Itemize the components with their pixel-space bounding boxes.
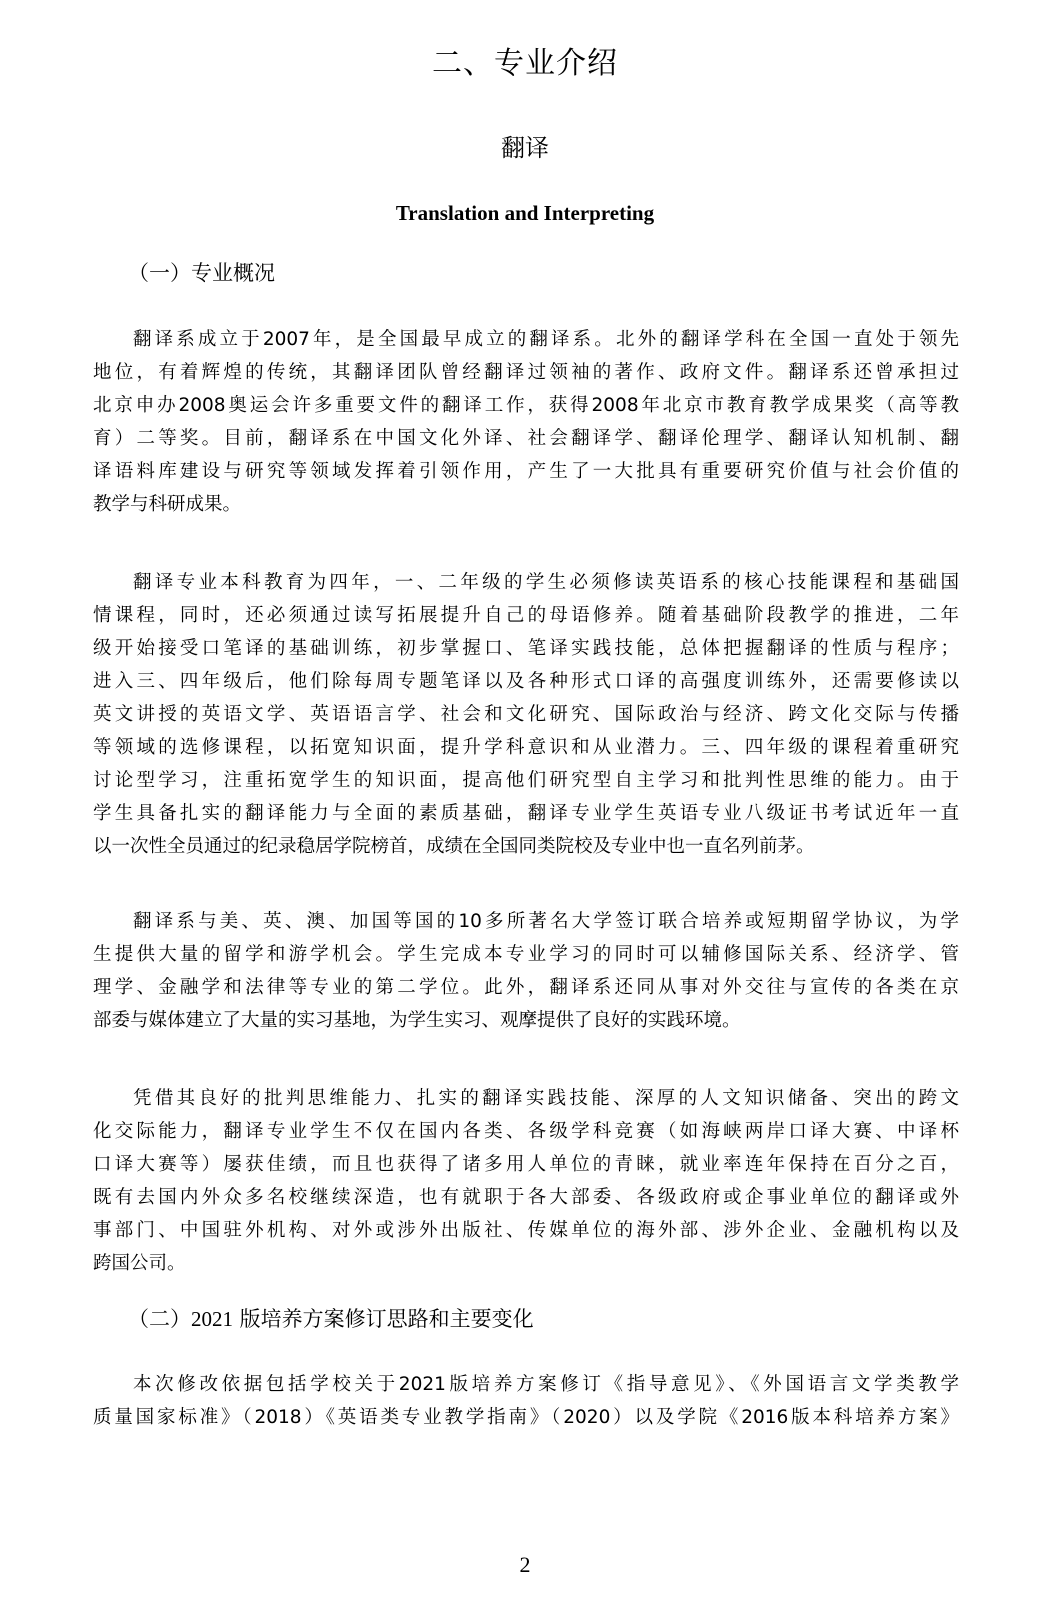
text-line: 口译大赛等）屡获佳绩，而且也获得了诸多用人单位的青睐，就业率连年保持在百分之百， [93, 1148, 959, 1181]
text-line: 育）二等奖。目前，翻译系在中国文化外译、社会翻译学、翻译伦理学、翻译认知机制、翻 [93, 422, 959, 455]
page-title: 二、专业介绍 [0, 44, 1050, 84]
text-line: 翻译系成立于2007年，是全国最早成立的翻译系。北外的翻译学科在全国一直处于领先 [93, 323, 959, 356]
paragraph-overview-4: 凭借其良好的批判思维能力、扎实的翻译实践技能、深厚的人文知识储备、突出的跨文 化… [93, 1082, 959, 1280]
section-heading-revision: （二）2021 版培养方案修订思路和主要变化 [128, 1304, 534, 1334]
text-line: 理学、金融学和法律等专业的第二学位。此外，翻译系还同从事对外交往与宣传的各类在京 [93, 971, 959, 1004]
text-line: 翻译系与美、英、澳、加国等国的10多所著名大学签订联合培养或短期留学协议，为学 [93, 905, 959, 938]
text-line: 既有去国内外众多名校继续深造，也有就职于各大部委、各级政府或企事业单位的翻译或外 [93, 1181, 959, 1214]
paragraph-revision-1: 本次修改依据包括学校关于2021版培养方案修订《指导意见》、《外国语言文学类教学… [93, 1368, 959, 1434]
paragraph-overview-1: 翻译系成立于2007年，是全国最早成立的翻译系。北外的翻译学科在全国一直处于领先… [93, 323, 959, 521]
heading-text: 版培养方案修订思路和主要变化 [233, 1307, 534, 1331]
text-line: 地位，有着辉煌的传统，其翻译团队曾经翻译过领袖的著作、政府文件。翻译系还曾承担过 [93, 356, 959, 389]
text-line: 北京申办2008奥运会许多重要文件的翻译工作，获得2008年北京市教育教学成果奖… [93, 389, 959, 422]
heading-prefix: （二） [128, 1307, 191, 1331]
text-line: 情课程，同时，还必须通过读写拓展提升自己的母语修养。随着基础阶段教学的推进，二年 [93, 599, 959, 632]
heading-year: 2021 [191, 1307, 233, 1331]
text-line: 化交际能力，翻译专业学生不仅在国内各类、各级学科竞赛（如海峡两岸口译大赛、中译杯 [93, 1115, 959, 1148]
text-line: 教学与科研成果。 [93, 488, 959, 521]
text-line: 英文讲授的英语文学、英语语言学、社会和文化研究、国际政治与经济、跨文化交际与传播 [93, 698, 959, 731]
text-line: 质量国家标准》（2018）《英语类专业教学指南》（2020）以及学院《2016版… [93, 1401, 959, 1434]
text-line: 等领域的选修课程，以拓宽知识面，提升学科意识和从业潜力。三、四年级的课程着重研究 [93, 731, 959, 764]
text-line: 生提供大量的留学和游学机会。学生完成本专业学习的同时可以辅修国际关系、经济学、管 [93, 938, 959, 971]
text-line: 本次修改依据包括学校关于2021版培养方案修订《指导意见》、《外国语言文学类教学 [93, 1368, 959, 1401]
text-line: 学生具备扎实的翻译能力与全面的素质基础，翻译专业学生英语专业八级证书考试近年一直 [93, 797, 959, 830]
text-line: 事部门、中国驻外机构、对外或涉外出版社、传媒单位的海外部、涉外企业、金融机构以及 [93, 1214, 959, 1247]
text-line: 译语料库建设与研究等领域发挥着引领作用，产生了一大批具有重要研究价值与社会价值的 [93, 455, 959, 488]
text-line: 凭借其良好的批判思维能力、扎实的翻译实践技能、深厚的人文知识储备、突出的跨文 [93, 1082, 959, 1115]
page-number: 2 [0, 1550, 1050, 1580]
document-page: 二、专业介绍 翻译 Translation and Interpreting （… [0, 0, 1050, 1600]
text-line: 以一次性全员通过的纪录稳居学院榜首，成绩在全国同类院校及专业中也一直名列前茅。 [93, 830, 959, 863]
major-title: 翻译 [0, 130, 1050, 166]
major-english-title: Translation and Interpreting [0, 198, 1050, 228]
text-line: 进入三、四年级后，他们除每周专题笔译以及各种形式口译的高强度训练外，还需要修读以 [93, 665, 959, 698]
text-line: 跨国公司。 [93, 1247, 959, 1280]
paragraph-overview-2: 翻译专业本科教育为四年，一、二年级的学生必须修读英语系的核心技能课程和基础国 情… [93, 566, 959, 863]
paragraph-overview-3: 翻译系与美、英、澳、加国等国的10多所著名大学签订联合培养或短期留学协议，为学 … [93, 905, 959, 1037]
section-heading-overview: （一）专业概况 [128, 258, 275, 288]
text-line: 翻译专业本科教育为四年，一、二年级的学生必须修读英语系的核心技能课程和基础国 [93, 566, 959, 599]
text-line: 讨论型学习，注重拓宽学生的知识面，提高他们研究型自主学习和批判性思维的能力。由于 [93, 764, 959, 797]
text-line: 级开始接受口笔译的基础训练，初步掌握口、笔译实践技能，总体把握翻译的性质与程序； [93, 632, 959, 665]
text-line: 部委与媒体建立了大量的实习基地，为学生实习、观摩提供了良好的实践环境。 [93, 1004, 959, 1037]
